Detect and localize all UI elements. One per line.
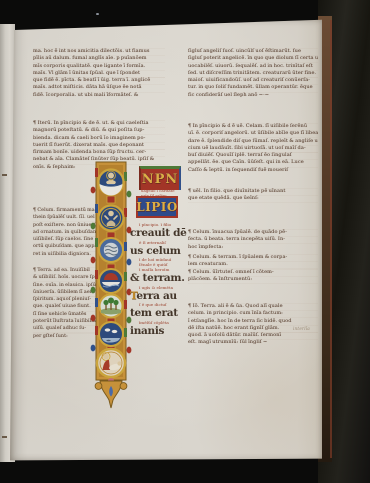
medallion-angel-orant bbox=[99, 206, 124, 231]
medallion-plants-and-trees bbox=[100, 295, 123, 318]
display-script-in-principio: ī pīncipio. ī filiocreauit dēē ſī æterna… bbox=[130, 222, 202, 337]
medallion-separation-of-waters bbox=[99, 269, 123, 293]
manuscript-photo: ma. hoc ē int nos amicitia dilectōis. ut… bbox=[0, 0, 370, 483]
marginal-annotation: interlīa bbox=[293, 326, 327, 331]
medallion-creation-of-adam bbox=[97, 349, 125, 377]
pricking-mark bbox=[2, 436, 7, 438]
right-column-paragraph-1: ſigluſ angeliſ ſuoſ. uincūlſ uoſ ēſtimar… bbox=[188, 48, 318, 99]
medallion-firmament-waters bbox=[99, 238, 123, 262]
right-column-paragraph-7: ¶ Iō. Terra. ali ē & ūa. Quod alī qualec… bbox=[188, 303, 318, 347]
right-column-paragraph-3: ¶ uēl. In filio. que diuīnitate pē uīnan… bbox=[188, 188, 318, 203]
right-column-paragraph-4: ¶ Celum. īnuacua ſpūalē. de quādo pē-fec… bbox=[188, 229, 318, 251]
illuminated-initial-I bbox=[86, 160, 136, 414]
display-panel-LIPIO: LIPIO bbox=[136, 196, 178, 218]
medallion-creator-above-firmament bbox=[99, 170, 124, 196]
dust-speck bbox=[96, 13, 99, 15]
left-column-paragraph-1: ma. hoc ē int nos amicitia dilectōis. ut… bbox=[33, 48, 165, 99]
initial-finial bbox=[95, 378, 127, 408]
parchment-page: ma. hoc ē int nos amicitia dilectōis. ut… bbox=[10, 18, 322, 464]
display-panel-NPN: NPN bbox=[139, 166, 181, 190]
pricking-mark bbox=[2, 174, 7, 176]
right-column-paragraph-5: ¶ Celum. & terram. ī ſpūalem & corpa-lem… bbox=[188, 254, 318, 269]
medallion-birds-and-fish bbox=[99, 322, 123, 346]
right-column-paragraph-2: ¶ In pīncipio & d ē uē. Celam. ſī uiſibi… bbox=[188, 123, 318, 174]
fore-edge-red-line bbox=[330, 20, 332, 458]
right-column-paragraph-6: ¶ Celum. ūīrtuteſ. omneſ ī cōtem-plācōem… bbox=[188, 269, 318, 284]
